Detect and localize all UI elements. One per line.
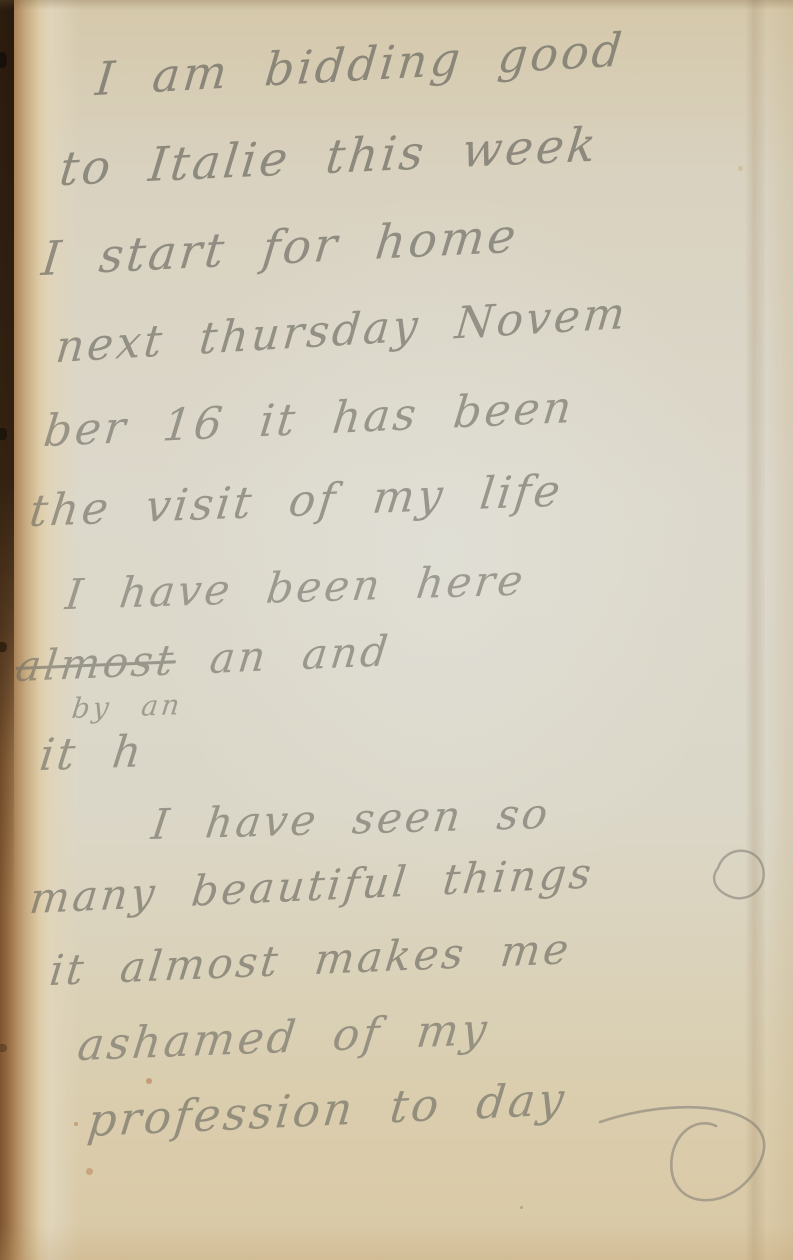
page-top-shadow bbox=[0, 0, 793, 10]
binding-edge-mark bbox=[0, 52, 7, 68]
stain-speck bbox=[520, 1206, 523, 1209]
handwriting-line: I have been here bbox=[63, 555, 529, 619]
handwriting-line: next thursday Novem bbox=[53, 288, 630, 373]
diary-page: I am bidding goodto Italie this weekI st… bbox=[0, 0, 793, 1260]
stain-speck bbox=[146, 1078, 152, 1084]
binding-edge-mark bbox=[0, 428, 7, 440]
page-right-edge bbox=[765, 0, 793, 1260]
handwriting-line: profession to day bbox=[85, 1072, 570, 1147]
binding-edge-mark bbox=[0, 642, 7, 652]
binding-edge-mark bbox=[0, 1044, 7, 1052]
flourish-loop-day bbox=[600, 1107, 764, 1200]
handwriting-line: it almost makes me bbox=[47, 924, 574, 995]
handwriting-line: I have seen so bbox=[149, 789, 554, 849]
handwriting-line: ashamed of my bbox=[75, 1004, 492, 1071]
handwriting-line: to Italie this week bbox=[57, 117, 602, 197]
page-bottom-shadow bbox=[0, 1224, 793, 1260]
handwriting-line: by an bbox=[70, 688, 184, 725]
page-stack-band bbox=[745, 0, 765, 1260]
stain-speck bbox=[74, 1122, 78, 1126]
gutter-shadow bbox=[0, 0, 40, 1260]
handwriting-line: I am bidding good bbox=[93, 22, 627, 106]
stain-speck bbox=[86, 1168, 93, 1175]
handwriting-line: I start for home bbox=[39, 209, 521, 288]
handwriting-line: ber 16 it has been bbox=[41, 382, 577, 457]
handwriting-line: many beautiful things bbox=[27, 848, 596, 923]
stain-speck bbox=[738, 166, 743, 171]
pencil-flourishes bbox=[0, 0, 793, 1260]
handwriting-line: the visit of my life bbox=[27, 465, 566, 537]
